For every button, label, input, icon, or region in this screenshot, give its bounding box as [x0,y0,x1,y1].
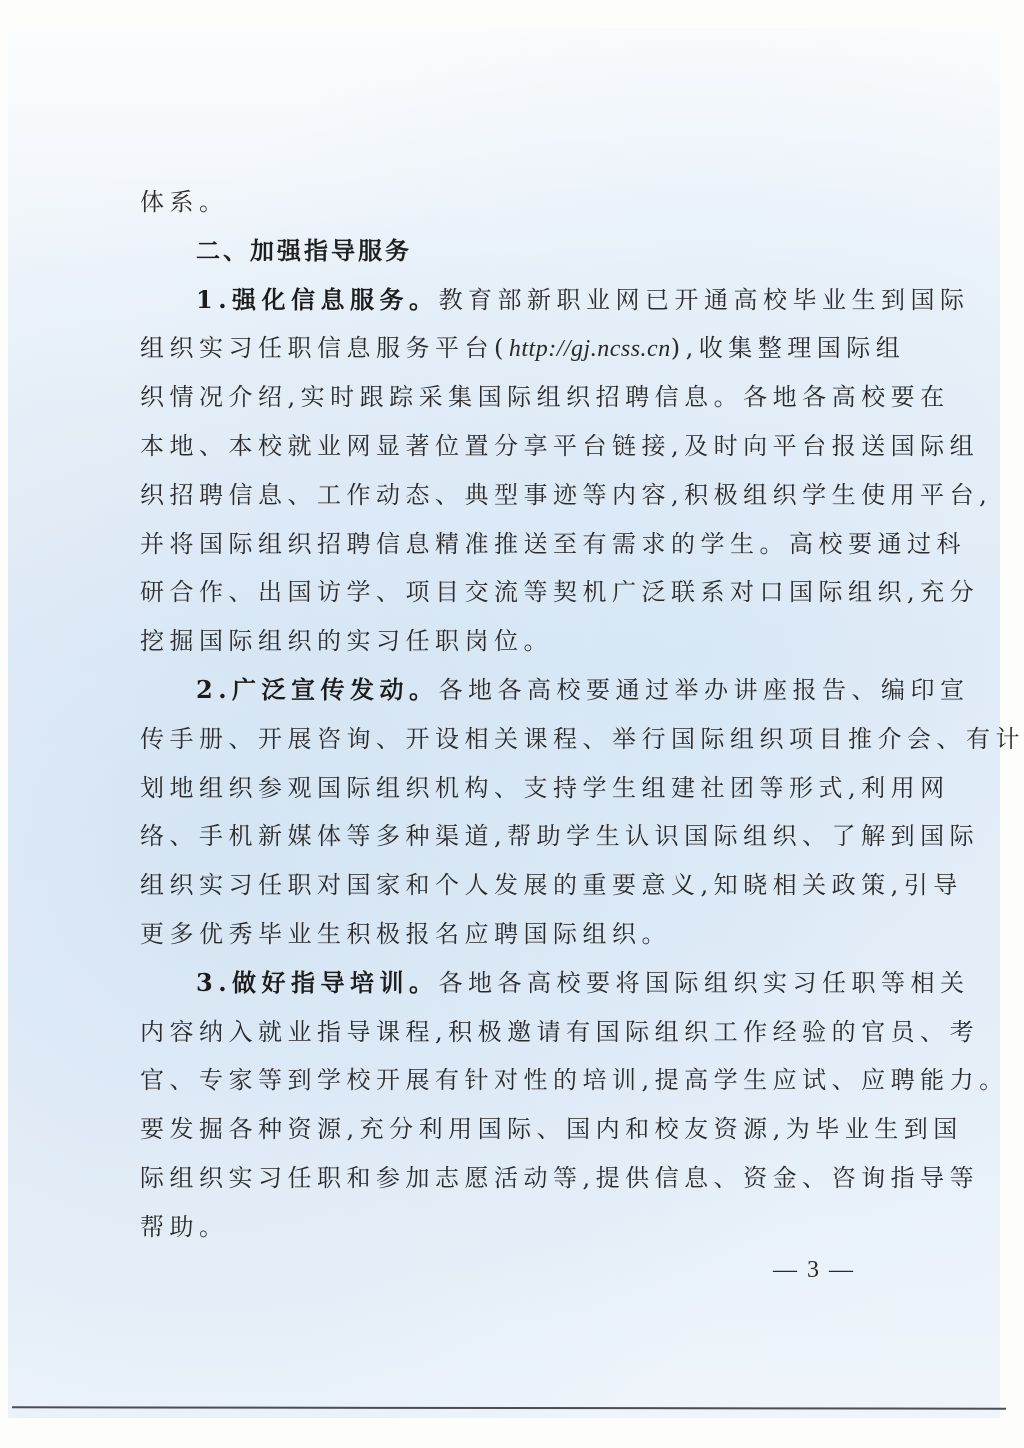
paragraph-3-line-5: 际组织实习任职和参加志愿活动等,提供信息、资金、咨询指导等 [140,1154,870,1203]
paragraph-2-line-3: 划地组织参观国际组织机构、支持学生组建社团等形式,利用网 [140,764,870,813]
item-1-lead: 1.强化信息服务。 [196,285,439,314]
continuation-line: 体系。 [140,178,870,227]
paragraph-1-line-4: 本地、本校就业网显著位置分享平台链接,及时向平台报送国际组 [140,422,870,471]
paragraph-2-line-6: 更多优秀毕业生积极报名应聘国际组织。 [140,910,870,959]
item-3-lead: 3.做好指导培训。 [196,968,439,997]
paragraph-2-line-2: 传手册、开展咨询、开设相关课程、举行国际组织项目推介会、有计 [140,715,870,764]
paragraph-1-line-8: 挖掘国际组织的实习任职岗位。 [140,617,870,666]
paragraph-3-line-6: 帮助。 [140,1203,870,1252]
item-2-lead: 2.广泛宣传发动。 [196,675,439,704]
paragraph-1-line-1: 1.强化信息服务。教育部新职业网已开通高校毕业生到国际 [140,276,870,325]
paragraph-3-line-2: 内容纳入就业指导课程,积极邀请有国际组织工作经验的官员、考 [140,1008,870,1057]
paragraph-1-line-6: 并将国际组织招聘信息精准推送至有需求的学生。高校要通过科 [140,520,870,569]
document-body: 体系。 二、加强指导服务 1.强化信息服务。教育部新职业网已开通高校毕业生到国际… [140,178,870,1252]
paragraph-3-line-3: 官、专家等到学校开展有针对性的培训,提高学生应试、应聘能力。 [140,1056,870,1105]
paragraph-1-line-2: 组织实习任职信息服务平台(http://gj.ncss.cn),收集整理国际组 [140,324,870,373]
paragraph-3-line-4: 要发掘各种资源,充分利用国际、国内和校友资源,为毕业生到国 [140,1105,870,1154]
paragraph-2-line-4: 络、手机新媒体等多种渠道,帮助学生认识国际组织、了解到国际 [140,812,870,861]
paragraph-2-line-5: 组织实习任职对国家和个人发展的重要意义,知晓相关政策,引导 [140,861,870,910]
paragraph-2-line-1: 2.广泛宣传发动。各地各高校要通过举办讲座报告、编印宣 [140,666,870,715]
page-number: — 3 — [773,1257,855,1284]
section-heading: 二、加强指导服务 [140,227,870,276]
platform-url[interactable]: http://gj.ncss.cn [509,336,671,362]
paragraph-1-line-7: 研合作、出国访学、项目交流等契机广泛联系对口国际组织,充分 [140,568,870,617]
paragraph-3-line-1: 3.做好指导培训。各地各高校要将国际组织实习任职等相关 [140,959,870,1008]
paragraph-1-line-3: 织情况介绍,实时跟踪采集国际组织招聘信息。各地各高校要在 [140,373,870,422]
paragraph-1-line-5: 织招聘信息、工作动态、典型事迹等内容,积极组织学生使用平台, [140,471,870,520]
